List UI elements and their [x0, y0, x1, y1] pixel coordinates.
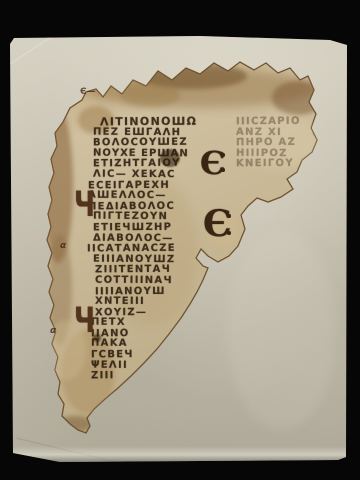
ornament-dot: [221, 153, 225, 157]
manuscript-photo: ΛΙΤΙΝΟΝΟШΩΠΕΖ ΕШΓΑΛΗΒΟΛΟCΟΥШΕΖΝΟΥΧΕ ΕΡШΑ…: [0, 0, 360, 480]
margin-alpha-mark-2: α: [50, 326, 56, 336]
decorated-epsilon-glyph: Є: [203, 203, 232, 245]
text-column-right: ΙΙΙCΖΑΡΙΟΑΝΖ ΧΙΠΗΡΟ ΑΖΗΙΙΙΡΟΖΚΝΕΙΓΟΥ: [236, 117, 301, 170]
ornament-dot: [227, 231, 231, 235]
page-bottom-curl: [13, 446, 346, 462]
enlarged-initial-upper: Ч: [74, 185, 95, 226]
ornament-dot: [227, 214, 231, 218]
text-column-main: ΛΙΤΙΝΟΝΟШΩΠΕΖ ΕШΓΑΛΗΒΟΛΟCΟΥШΕΖΝΟΥΧΕ ΕΡШΑ…: [93, 117, 197, 382]
quire-mark: Є—: [80, 87, 96, 97]
parchment-leaf: ΛΙΤΙΝΟΝΟШΩΠΕΖ ΕШΓΑΛΗΒΟΛΟCΟΥШΕΖΝΟΥΧΕ ΕΡШΑ…: [0, 0, 360, 480]
text-line: ΚΝΕΙΓΟΥ: [236, 159, 301, 170]
text-line: ΖΙΙΙ: [91, 371, 197, 382]
decorated-epsilon-lower: Є: [203, 203, 232, 245]
decorated-epsilon-glyph: Є: [200, 144, 225, 182]
enlarged-initial-lower: Ч: [74, 301, 95, 342]
margin-alpha-mark-1: α: [60, 241, 66, 251]
decorated-epsilon-upper: Є: [200, 144, 225, 182]
ornament-dot: [221, 168, 225, 172]
